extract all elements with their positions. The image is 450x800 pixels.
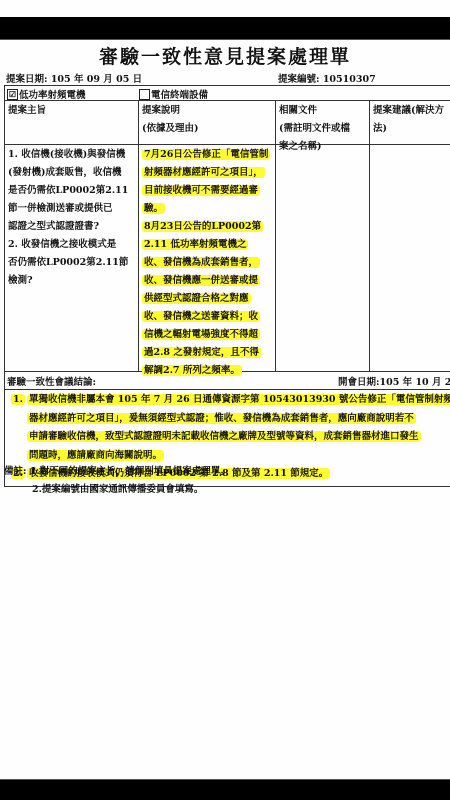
- checkbox-unchecked-icon[interactable]: [139, 89, 150, 100]
- header-text: 提案說明: [142, 102, 272, 120]
- highlighted-text: 器材應經許可之項目」，爰無須經型式認證；惟收、發信機為成套銷售者，應向廠商說明若…: [27, 413, 416, 424]
- subject-line: (發射機)成套販售，收信機: [8, 164, 135, 182]
- header-text: 提案主旨: [8, 102, 135, 120]
- proposal-form: ☑ 低功率射頻電機 電信終端設備 提案主旨 提案說明 (依據及理由) 相關文件 …: [4, 85, 450, 487]
- highlighted-text: 收、發信機應一併送審或提: [142, 275, 260, 286]
- header-text: 提案建議(解決方: [373, 102, 450, 120]
- subject-line: 是否仍需依LP0002第2.11: [8, 182, 135, 200]
- highlighted-text: 收、發信機之送審資料；收: [142, 311, 260, 322]
- table-header: 提案主旨 提案說明 (依據及理由) 相關文件 (需註明文件或檔 案之名稱) 提案…: [5, 101, 450, 145]
- item-number: 1.: [11, 394, 25, 405]
- highlighted-text: 單獨收信機非屬本會 105 年 7 月 26 日通傳資源字第 105430139…: [27, 394, 450, 405]
- header-suggestion: 提案建議(解決方 法): [370, 101, 450, 144]
- checkbox-checked-icon[interactable]: ☑: [7, 89, 18, 100]
- highlighted-text: 射頻器材應經許可之項目」，: [142, 167, 265, 178]
- notes: 備註: 1.對不同的提案主旨，請個別填具提案處理單。 2.提案編號由國家通訊傳播…: [4, 463, 230, 499]
- bottom-black-bar: [0, 779, 450, 800]
- subject-line: 2. 收發信機之接收模式是: [8, 236, 135, 254]
- highlighted-text: 問題時，應請廠商向海關說明。: [27, 450, 164, 461]
- category-telecom-terminal[interactable]: 電信終端設備: [139, 87, 208, 101]
- explanation-cell: 7月26日公告修正「電信管制 射頻器材應經許可之項目」， 目前接收機可不需要經過…: [139, 145, 276, 371]
- top-black-bar: [0, 17, 450, 40]
- status-bar-area: [0, 0, 450, 17]
- highlighted-text: 供經型式認證合格之對應: [142, 293, 251, 304]
- conclusion-label: 審驗一致性會議結論:: [7, 374, 96, 388]
- note-line: 備註: 1.對不同的提案主旨，請個別填具提案處理單。: [4, 463, 230, 481]
- highlighted-text: 2.11 低功率射頻電機之: [142, 239, 248, 250]
- subject-line: 否仍需依LP0002第2.11節: [8, 254, 135, 272]
- header-text: 相關文件: [279, 102, 366, 120]
- highlighted-text: 過2.8 之發射規定，且不得: [142, 347, 261, 358]
- category-row: ☑ 低功率射頻電機 電信終端設備: [5, 86, 450, 101]
- subject-line: 1. 收信機(接收機)與發信機: [8, 146, 135, 164]
- category-label: 低功率射頻電機: [19, 87, 86, 101]
- header-text: 法): [373, 120, 450, 138]
- header-text: (需註明文件或檔: [279, 120, 366, 138]
- header-subject: 提案主旨: [5, 101, 139, 144]
- category-low-power-rf[interactable]: ☑ 低功率射頻電機: [7, 87, 86, 101]
- note-line: 2.提案編號由國家通訊傳播委員會填寫。: [4, 481, 230, 499]
- meeting-date: 開會日期:105 年 10 月 20 日: [338, 374, 450, 388]
- highlighted-text: 8月23日公告的LP0002第: [142, 221, 263, 232]
- subject-line: 節一併檢測送審或提供已: [8, 200, 135, 218]
- category-label: 電信終端設備: [151, 87, 208, 101]
- table-row: 1. 收信機(接收機)與發信機 (發射機)成套販售，收信機 是否仍需依LP000…: [5, 145, 450, 372]
- page-title: 審驗一致性意見提案處理單: [0, 42, 450, 69]
- proposal-date: 提案日期: 105 年 09 月 05 日: [6, 71, 142, 85]
- header-related-docs: 相關文件 (需註明文件或檔 案之名稱): [276, 101, 370, 144]
- highlighted-text: 7月26日公告修正「電信管制: [142, 149, 270, 160]
- proposal-number: 提案編號: 10510307: [278, 71, 376, 85]
- highlighted-text: 目前接收機可不需要經過審: [142, 185, 260, 196]
- header-explanation: 提案說明 (依據及理由): [139, 101, 276, 144]
- header-text: (依據及理由): [142, 120, 272, 138]
- highlighted-text: 驗。: [142, 203, 165, 214]
- highlighted-text: 申請審驗收信機，致型式認證證明未記載收信機之廠牌及型號等資料，成套銷售器材進口發…: [27, 431, 421, 442]
- suggestion-cell: [370, 145, 450, 371]
- conclusion-header: 審驗一致性會議結論: 開會日期:105 年 10 月 20 日: [5, 372, 450, 390]
- subject-cell: 1. 收信機(接收機)與發信機 (發射機)成套販售，收信機 是否仍需依LP000…: [5, 145, 139, 371]
- subject-line: 認證之型式認證證書?: [8, 218, 135, 236]
- highlighted-text: 信機之輻射電場強度不得超: [142, 329, 260, 340]
- conclusion-item: 1. 單獨收信機非屬本會 105 年 7 月 26 日通傳資源字第 105430…: [5, 391, 450, 465]
- subject-line: 檢測?: [8, 272, 135, 290]
- related-docs-cell: [276, 145, 370, 371]
- highlighted-text: 收、發信機為成套銷售者，: [142, 257, 260, 268]
